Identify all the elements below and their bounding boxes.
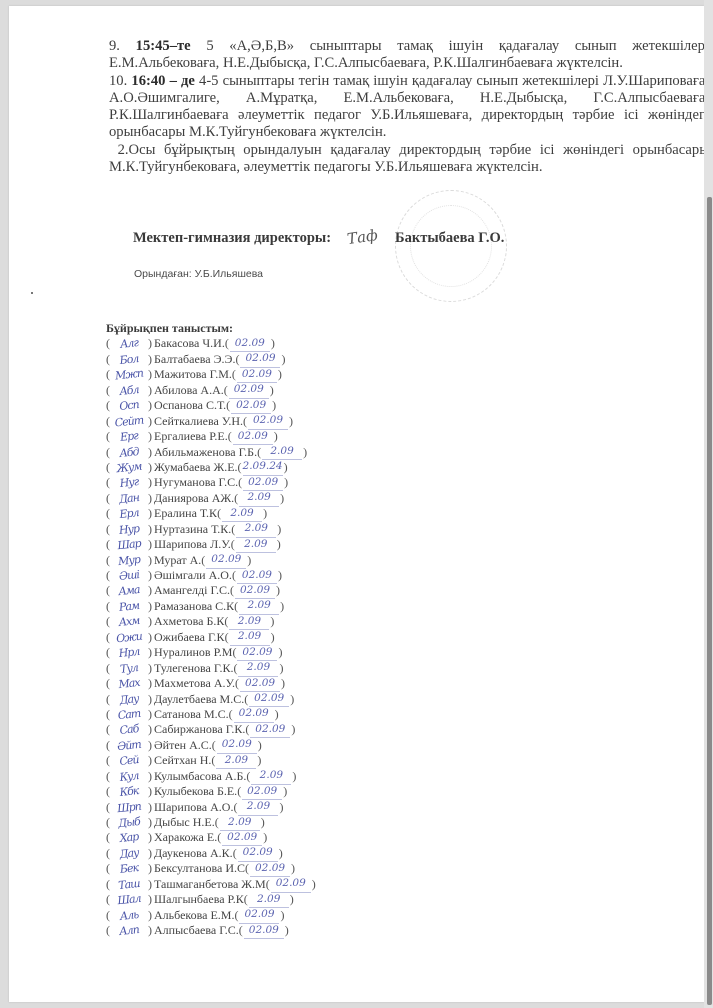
handwritten-date: 2.09 bbox=[238, 660, 278, 676]
staff-name: Балтабаева Э.Э. bbox=[154, 352, 235, 367]
staff-name: Мажитова Г.М. bbox=[154, 367, 232, 382]
paren-close: ) bbox=[258, 738, 262, 753]
paren-close: ) bbox=[290, 692, 294, 707]
staff-name: Мурат А. bbox=[154, 553, 201, 568]
paren-open: ( bbox=[229, 707, 233, 722]
acknowledgement-row: (Шрп)Шарипова А.О.(2.09) bbox=[106, 800, 316, 815]
staff-name: Бексултанова И.С bbox=[154, 861, 245, 876]
acknowledgement-row: (Абд)Абильмаженова Г.Б.(2.09) bbox=[106, 445, 316, 460]
paren-close: ) bbox=[148, 475, 152, 490]
paren-close: ) bbox=[148, 583, 152, 598]
paren-close: ) bbox=[280, 491, 284, 506]
staff-name: Махметова А.У. bbox=[154, 676, 235, 691]
paren-close: ) bbox=[280, 908, 284, 923]
acknowledgement-row: (Осп)Оспанова С.Т.(02.09) bbox=[106, 398, 316, 413]
acknowledgement-row: (Нуг)Нугуманова Г.С.(02.09) bbox=[106, 475, 316, 490]
staff-name: Рамазанова С.К bbox=[154, 599, 234, 614]
staff-name: Даулетбаева М.С. bbox=[154, 692, 244, 707]
handwritten-date: 2.09 bbox=[216, 753, 256, 769]
acknowledgement-row: (Тул)Тулегенова Г.К.(2.09) bbox=[106, 661, 316, 676]
handwritten-date: 02.09 bbox=[231, 398, 271, 414]
paren-open: ( bbox=[238, 460, 242, 475]
handwritten-date: 02.09 bbox=[250, 861, 290, 877]
director-name: Бактыбаева Г.О. bbox=[395, 230, 504, 246]
acknowledgement-row: (Ерл)Ералина Т.К(2.09) bbox=[106, 506, 316, 521]
acknowledgement-row: (Бек)Бексултанова И.С(02.09) bbox=[106, 861, 316, 876]
acknowledgement-list: Бұйрықпен таныстым: (Алг)Бакасова Ч.И.(0… bbox=[106, 321, 316, 939]
acknowledgement-row: (Мур)Мурат А.(02.09) bbox=[106, 553, 316, 568]
staff-name: Алпысбаева Г.С. bbox=[154, 923, 239, 938]
acknowledgement-row: (Ерг)Ергалиева Р.Е.(02.09) bbox=[106, 429, 316, 444]
staff-name: Ташмаганбетова Ж.М bbox=[154, 877, 266, 892]
staff-name: Ожибаева Г.К bbox=[154, 630, 225, 645]
director-signature-line: Мектеп-гимназия директоры: Таф Бактыбаев… bbox=[133, 228, 504, 247]
staff-name: Тулегенова Г.К. bbox=[154, 661, 233, 676]
acknowledgement-row: (Мах)Махметова А.У.(02.09) bbox=[106, 676, 316, 691]
paren-close: ) bbox=[276, 583, 280, 598]
paren-close: ) bbox=[281, 352, 285, 367]
handwritten-date: 02.09 bbox=[217, 737, 257, 753]
staff-name: Нуралинов Р.М bbox=[154, 645, 232, 660]
acknowledgement-row: (Ожи)Ожибаева Г.К(2.09) bbox=[106, 630, 316, 645]
paren-close: ) bbox=[274, 429, 278, 444]
handwritten-date: 2.09 bbox=[222, 506, 262, 522]
acknowledgement-row: (Аль)Альбекова Е.М.(02.09) bbox=[106, 908, 316, 923]
handwritten-date: 2.09 bbox=[229, 614, 269, 630]
staff-name: Нугуманова Г.С. bbox=[154, 475, 238, 490]
paren-close: ) bbox=[272, 398, 276, 413]
paren-open: ( bbox=[234, 908, 238, 923]
paren-open: ( bbox=[217, 830, 221, 845]
paren-open: ( bbox=[235, 676, 239, 691]
paren-close: ) bbox=[275, 707, 279, 722]
staff-name: Альбекова Е.М. bbox=[154, 908, 234, 923]
paren-close: ) bbox=[148, 336, 152, 351]
paren-open: ( bbox=[232, 645, 236, 660]
paren-close: ) bbox=[148, 830, 152, 845]
staff-name: Сатанова М.С. bbox=[154, 707, 229, 722]
paren-close: ) bbox=[148, 614, 152, 629]
handwritten-date: 02.09 bbox=[235, 583, 275, 599]
acknowledgement-row: (Нрл)Нуралинов Р.М(02.09) bbox=[106, 645, 316, 660]
handwritten-date: 02.09 bbox=[229, 382, 269, 398]
staff-name: Бакасова Ч.И. bbox=[154, 336, 225, 351]
paren-close: ) bbox=[148, 367, 152, 382]
staff-name: Кулыбекова Б.Е. bbox=[154, 784, 237, 799]
acknowledgement-row: (Кул)Кулымбасова А.Б.(2.09) bbox=[106, 769, 316, 784]
paren-close: ) bbox=[261, 815, 265, 830]
handwritten-date: 02.09 bbox=[239, 907, 279, 923]
handwritten-date: 2.09 bbox=[239, 598, 279, 614]
handwritten-date: 2.09 bbox=[239, 490, 279, 506]
paren-open: ( bbox=[225, 630, 229, 645]
paragraph-10: 10. 16:40 – де 4-5 сыныптары тегін тамақ… bbox=[109, 73, 709, 142]
paren-open: ( bbox=[233, 800, 237, 815]
paren-close: ) bbox=[291, 861, 295, 876]
paren-close: ) bbox=[270, 383, 274, 398]
paren-close: ) bbox=[278, 568, 282, 583]
handwritten-date: 02.09 bbox=[222, 830, 262, 846]
handwritten-date: 02.09 bbox=[244, 923, 284, 939]
document-viewer: 9. 15:45–те 5 «А,Ә,Б,В» сыныптары тамақ … bbox=[0, 0, 713, 1008]
handwritten-date: 02.09 bbox=[234, 706, 274, 722]
acknowledgement-row: (Абл)Абилова А.А.(02.09) bbox=[106, 383, 316, 398]
acknowledgement-row: (Таш)Ташмаганбетова Ж.М(02.09) bbox=[106, 877, 316, 892]
paren-open: ( bbox=[234, 599, 238, 614]
paren-open: ( bbox=[235, 352, 239, 367]
handwritten-date: 02.09 bbox=[240, 351, 280, 367]
staff-name: Амангелді Г.С. bbox=[154, 583, 230, 598]
paren-open: ( bbox=[233, 661, 237, 676]
paren-close: ) bbox=[283, 784, 287, 799]
staff-name: Сейткалиева У.Н. bbox=[154, 414, 243, 429]
acknowledgement-row: (Саб)Сабиржанова Г.К.(02.09) bbox=[106, 722, 316, 737]
handwritten-date: 02.09 bbox=[237, 367, 277, 383]
paren-close: ) bbox=[312, 877, 316, 892]
paren-close: ) bbox=[280, 599, 284, 614]
paren-open: ( bbox=[245, 722, 249, 737]
order-body: 9. 15:45–те 5 «А,Ә,Б,В» сыныптары тамақ … bbox=[109, 38, 709, 176]
handwritten-date: 02.09 bbox=[250, 722, 290, 738]
director-label: Мектеп-гимназия директоры: bbox=[133, 230, 331, 246]
director-signature: Таф bbox=[346, 226, 379, 248]
paren-open: ( bbox=[244, 692, 248, 707]
handwritten-date: 2.09 bbox=[220, 815, 260, 831]
paren-open: ( bbox=[266, 877, 270, 892]
handwritten-date: 02.09 bbox=[242, 784, 282, 800]
paren-open: ( bbox=[243, 414, 247, 429]
paren-close: ) bbox=[263, 506, 267, 521]
acknowledgement-row: (Дан)Даниярова АЖ.(2.09) bbox=[106, 491, 316, 506]
staff-name: Әшімгали А.О. bbox=[154, 568, 232, 583]
staff-name: Ергалиева Р.Е. bbox=[154, 429, 228, 444]
paren-close: ) bbox=[289, 414, 293, 429]
paren-close: ) bbox=[277, 537, 281, 552]
staff-name: Ералина Т.К bbox=[154, 506, 217, 521]
paren-close: ) bbox=[285, 923, 289, 938]
paren-close: ) bbox=[284, 475, 288, 490]
paren-close: ) bbox=[271, 630, 275, 645]
staff-name: Әйтен А.С. bbox=[154, 738, 212, 753]
paren-open: ( bbox=[228, 429, 232, 444]
paren-open: ( bbox=[230, 583, 234, 598]
handwritten-date: 02.09 bbox=[248, 413, 288, 429]
staff-name: Абильмаженова Г.Б. bbox=[154, 445, 257, 460]
handwritten-date: 2.09 bbox=[236, 521, 276, 537]
paren-close: ) bbox=[290, 892, 294, 907]
acknowledgement-row: (Мжп)Мажитова Г.М.(02.09) bbox=[106, 367, 316, 382]
acknowledgement-row: (Шал)Шалгынбаева Р.К(2.09) bbox=[106, 892, 316, 907]
paren-close: ) bbox=[271, 336, 275, 351]
acknowledgement-row: (Хар)Харакожа Е.(02.09) bbox=[106, 830, 316, 845]
paren-open: ( bbox=[212, 738, 216, 753]
acknowledgement-row: (Сейт)Сейткалиева У.Н.(02.09) bbox=[106, 414, 316, 429]
paren-open: ( bbox=[232, 568, 236, 583]
paren-close: ) bbox=[279, 846, 283, 861]
paren-open: ( bbox=[239, 923, 243, 938]
handwritten-date: 2.09.24 bbox=[243, 459, 283, 475]
handwritten-date: 02.09 bbox=[238, 845, 278, 861]
paren-close: ) bbox=[247, 553, 251, 568]
paren-close: ) bbox=[277, 522, 281, 537]
handwritten-date: 02.09 bbox=[271, 876, 311, 892]
handwritten-date: 02.09 bbox=[237, 568, 277, 584]
paren-open: ( bbox=[224, 614, 228, 629]
staff-name: Сабиржанова Г.К. bbox=[154, 722, 245, 737]
paren-close: ) bbox=[148, 722, 152, 737]
paren-close: ) bbox=[303, 445, 307, 460]
paren-close: ) bbox=[291, 722, 295, 737]
paren-close: ) bbox=[279, 661, 283, 676]
paren-close: ) bbox=[278, 367, 282, 382]
handwritten-date: 02.09 bbox=[206, 552, 246, 568]
handwritten-date: 2.09 bbox=[230, 629, 270, 645]
paren-open: ( bbox=[234, 491, 238, 506]
scrollbar-thumb[interactable] bbox=[707, 197, 712, 1005]
handwritten-date: 2.09 bbox=[249, 892, 289, 908]
staff-name: Харакожа Е. bbox=[154, 830, 217, 845]
paren-close: ) bbox=[278, 645, 282, 660]
acknowledgement-row: (Әйт)Әйтен А.С.(02.09) bbox=[106, 738, 316, 753]
staff-name: Шарипова А.О. bbox=[154, 800, 233, 815]
handwritten-date: 2.09 bbox=[262, 444, 302, 460]
paren-close: ) bbox=[292, 769, 296, 784]
paren-open: ( bbox=[237, 784, 241, 799]
paren-open: ( bbox=[201, 553, 205, 568]
staff-name: Дыбыс Н.Е. bbox=[154, 815, 215, 830]
handwritten-date: 2.09 bbox=[238, 799, 278, 815]
paren-open: ( bbox=[233, 846, 237, 861]
handwritten-signature: Алп bbox=[109, 921, 148, 940]
paren-close: ) bbox=[263, 830, 267, 845]
staff-name: Абилова А.А. bbox=[154, 383, 224, 398]
paren-open: ( bbox=[238, 475, 242, 490]
handwritten-date: 2.09 bbox=[236, 537, 276, 553]
handwritten-date: 2.09 bbox=[251, 768, 291, 784]
paren-open: ( bbox=[215, 815, 219, 830]
handwritten-date: 02.09 bbox=[249, 691, 289, 707]
paren-open: ( bbox=[224, 383, 228, 398]
acknowledgement-row: (Алп)Алпысбаева Г.С.(02.09) bbox=[106, 923, 316, 938]
paragraph-9: 9. 15:45–те 5 «А,Ә,Б,В» сыныптары тамақ … bbox=[109, 38, 709, 73]
paren-close: ) bbox=[281, 676, 285, 691]
acknowledgement-row: (Сей)Сейтхан Н.(2.09) bbox=[106, 753, 316, 768]
handwritten-date: 02.09 bbox=[233, 429, 273, 445]
staff-name: Шалгынбаева Р.К bbox=[154, 892, 244, 907]
staff-name: Шарипова Л.У. bbox=[154, 537, 231, 552]
paren-open: ( bbox=[244, 892, 248, 907]
acknowledgement-row: (Алг)Бакасова Ч.И.(02.09) bbox=[106, 336, 316, 351]
paren-open: ( bbox=[257, 445, 261, 460]
staff-name: Ахметова Б.К bbox=[154, 614, 224, 629]
paren-open: ( bbox=[231, 522, 235, 537]
staff-name: Даниярова АЖ. bbox=[154, 491, 234, 506]
paren-close: ) bbox=[270, 614, 274, 629]
acknowledgement-row: (Ахм)Ахметова Б.К(2.09) bbox=[106, 614, 316, 629]
executor-line: Орындаған: У.Б.Ильяшева bbox=[134, 268, 263, 280]
scrollbar-track[interactable] bbox=[704, 0, 713, 1008]
acknowledgement-row: (Ама)Амангелді Г.С.(02.09) bbox=[106, 583, 316, 598]
paren-open: ( bbox=[225, 336, 229, 351]
paren-close: ) bbox=[257, 753, 261, 768]
acknowledgement-row: (Кбк)Кулыбекова Б.Е.(02.09) bbox=[106, 784, 316, 799]
paren-open: ( bbox=[226, 398, 230, 413]
handwritten-date: 02.09 bbox=[240, 676, 280, 692]
paren-open: ( bbox=[232, 367, 236, 382]
staff-name: Нуртазина Т.К. bbox=[154, 522, 231, 537]
handwritten-date: 02.09 bbox=[243, 475, 283, 491]
paren-open: ( bbox=[211, 753, 215, 768]
paren-close: ) bbox=[148, 861, 152, 876]
paren-open: ( bbox=[245, 861, 249, 876]
staff-name: Оспанова С.Т. bbox=[154, 398, 226, 413]
staff-name: Жумабаева Ж.Е. bbox=[154, 460, 238, 475]
paren-open: ( bbox=[246, 769, 250, 784]
paren-close: ) bbox=[279, 800, 283, 815]
paren-close: ) bbox=[284, 460, 288, 475]
staff-name: Сейтхан Н. bbox=[154, 753, 211, 768]
scan-speck bbox=[31, 292, 33, 294]
paragraph-2: 2.Осы бұйрықтың орындалуын қадағалау дир… bbox=[109, 142, 709, 177]
staff-name: Даукенова А.К. bbox=[154, 846, 233, 861]
staff-name: Кулымбасова А.Б. bbox=[154, 769, 246, 784]
paren-open: ( bbox=[231, 537, 235, 552]
paren-open: ( bbox=[217, 506, 221, 521]
acknowledgement-row: (Нур)Нуртазина Т.К.(2.09) bbox=[106, 522, 316, 537]
acknowledgement-row: (Дау)Даулетбаева М.С.(02.09) bbox=[106, 692, 316, 707]
acknowledgement-row: (Шар)Шарипова Л.У.(2.09) bbox=[106, 537, 316, 552]
handwritten-date: 02.09 bbox=[237, 645, 277, 661]
handwritten-date: 02.09 bbox=[230, 336, 270, 352]
